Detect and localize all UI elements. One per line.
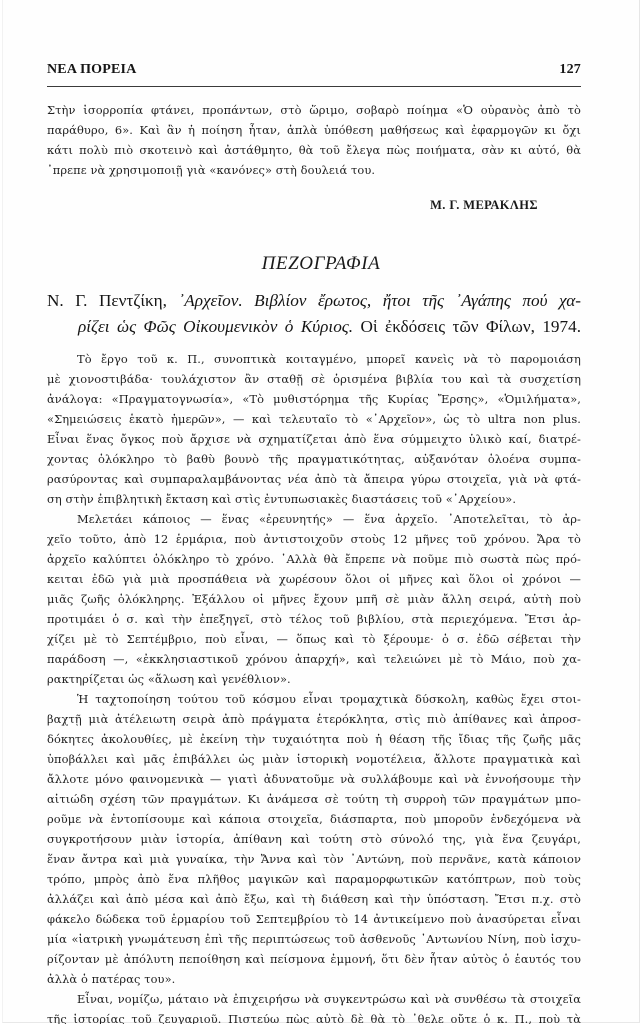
book-title-part-1: ᾿Αρχεῖον. Βιβλίον ἔρωτος, ἤτοι τῆς ᾿Αγάπ… bbox=[179, 291, 581, 310]
magazine-page: ΝΕΑ ΠΟΡΕΙΑ 127 Στὴν ἰσορροπία φτάνει, πρ… bbox=[2, 0, 640, 1023]
author-signature: Μ. Γ. ΜΕΡΑΚΛΗΣ bbox=[430, 198, 538, 213]
review-line: παράδοση —, «ἐκκλησιαστικοῦ χρόνου ἀπαρχ… bbox=[47, 652, 581, 666]
review-line: αἰτιώδη σχέση τῶν πραγμάτων. Κι ἀνάμεσα … bbox=[47, 792, 581, 806]
review-line: ἀρχεῖο καλύπτει ὁλόκληρο τὸ χρόνο. ᾿Αλλὰ… bbox=[47, 552, 581, 566]
review-line: Μελετάει κάποιος — ἕνας «ἐρευνητής» — ἕν… bbox=[77, 512, 581, 526]
review-line: χίζει μὲ τὸ Σεπτέμβριο, ποὺ εἶναι, — ὅπω… bbox=[47, 632, 581, 646]
review-line: ἄλλοτε μόνο φαινομενικὰ — γιατὶ ἀδυνατοῦ… bbox=[47, 772, 581, 786]
review-line: βαχτῇ μιὰ ἀτέλειωτη σειρὰ ἀπὸ πράγματα ἑ… bbox=[47, 712, 581, 726]
review-line: ση στὴν ἐπιβλητικὴ ἔκταση καὶ στὶς ἐντυπ… bbox=[47, 492, 581, 506]
previous-article-line: παράθυρο, 6». Καὶ ἂν ἡ ποίηση ἦταν, ἁπλὰ… bbox=[47, 123, 581, 137]
review-line: ρακτηρίζεται ὡς «ἅλωση καὶ γενέθλιον». bbox=[47, 672, 581, 686]
review-line: χοντας ὁλόκληρο τὸ βαθὺ βουνὸ τῆς πραγμα… bbox=[47, 452, 581, 466]
review-line: Τὸ ἔργο τοῦ κ. Π., συνοπτικὰ κοιταγμένο,… bbox=[77, 352, 581, 366]
review-line: τῆς ἱστορίας τοῦ ζευγαριοῦ. Πιστεύω πὼς … bbox=[47, 1012, 581, 1024]
review-line: χεῖο τοῦτο, ἀπὸ 12 ἑρμάρια, ποὺ ἀντιστοι… bbox=[47, 532, 581, 546]
review-line: ρασύροντας καὶ συμπαραλαμβάνοντας νέα ἀπ… bbox=[47, 472, 581, 486]
book-publisher: Οἱ ἐκδόσεις τῶν Φίλων, 1974. bbox=[361, 317, 581, 336]
previous-article-line: Στὴν ἰσορροπία φτάνει, προπάντων, στὸ ὥρ… bbox=[47, 103, 581, 117]
journal-title: ΝΕΑ ΠΟΡΕΙΑ bbox=[47, 62, 137, 78]
review-line: φάκελο δώδεκα τοῦ ἑρμαρίου τοῦ Σεπτεμβρί… bbox=[47, 912, 581, 926]
section-title: ΠΕΖΟΓΡΑΦΙΑ bbox=[3, 253, 639, 275]
review-line: συγκροτήσουν μιὰν ἱστορία, ἀπίθανη καὶ τ… bbox=[47, 832, 581, 846]
review-line: ἕναν ἄντρα καὶ μιὰ γυναίκα, τὴν Ἄννα καὶ… bbox=[47, 852, 581, 866]
previous-article-line: ᾿πρεπε νὰ χρησιμοποιῇ γιὰ «κανόνες» στὴ … bbox=[47, 163, 581, 177]
review-line: μία «ἰατρικὴ γνωμάτευση ἐπὶ τῆς περιπτώσ… bbox=[47, 932, 581, 946]
review-line: ἀλλὰ ὁ πατέρας του». bbox=[47, 972, 581, 986]
review-line: Ἡ ταχτοποίηση τούτου τοῦ κόσμου εἶναι τρ… bbox=[77, 692, 581, 706]
book-citation-line-2: ρίζει ὡς Φῶς Οἰκουμενικὸν ὁ Κύριος. Οἱ ἐ… bbox=[78, 317, 581, 337]
review-line: Εἶναι, νομίζω, μάταιο νὰ ἐπιχειρήσω νὰ σ… bbox=[77, 992, 581, 1006]
review-line: κειται ἐδῶ γιὰ μιὰ προσπάθεια νὰ χωρέσου… bbox=[47, 572, 581, 586]
review-line: δόκητες ἀκολουθίες, μὲ ἐκείνη τὴν τυχαιό… bbox=[47, 732, 581, 746]
book-citation-line-1: Ν. Γ. Πεντζίκη, ᾿Αρχεῖον. Βιβλίον ἔρωτος… bbox=[47, 291, 581, 311]
previous-article-line: κάτι πολὺ πιὸ σκοτεινὸ καὶ ἀστάθμητο, θὰ… bbox=[47, 143, 581, 157]
review-line: μὲ χιονοστιβάδα· τουλάχιστον ἂν σταθῇ σὲ… bbox=[47, 372, 581, 386]
book-title-part-2: ρίζει ὡς Φῶς Οἰκουμενικὸν ὁ Κύριος. bbox=[78, 317, 353, 336]
header-rule bbox=[47, 86, 581, 87]
review-line: ροῦμε νὰ ἐντοπίσουμε καὶ κάποια στοιχεῖα… bbox=[47, 812, 581, 826]
review-line: μιᾶς ζωῆς ὁλόκληρης. Ἐξάλλου οἱ μῆνες ἔχ… bbox=[47, 592, 581, 606]
review-line: ρίζονταν μὲ ἀπόλυτη πεποίθηση καὶ πείσμο… bbox=[47, 952, 581, 966]
running-head: ΝΕΑ ΠΟΡΕΙΑ 127 bbox=[47, 62, 581, 82]
page-number: 127 bbox=[559, 62, 581, 78]
book-author: Ν. Γ. Πεντζίκη, bbox=[47, 291, 167, 310]
review-line: τρόπο, μπρὸς ἀπὸ ἕνα πλῆθος μαγικῶν καὶ … bbox=[47, 872, 581, 886]
review-line: «Σημειώσεις ἑκατὸ ἡμερῶν», — καὶ τελευτα… bbox=[47, 412, 581, 426]
review-line: προτιμάει ὁ σ. καὶ τὴν ἐπεξηγεῖ, στὸ τέλ… bbox=[47, 612, 581, 626]
review-line: Εἶναι ἕνας ὄγκος ποὺ ἄρχισε νὰ σχηματίζε… bbox=[47, 432, 581, 446]
review-line: ἀλλάζει καὶ ἀπὸ μέσα καὶ ἀπὸ ἔξω, καὶ τὴ… bbox=[47, 892, 581, 906]
review-line: ὑποβάλλει καὶ μᾶς ἐπιβάλλει ὡς μιὰν ἱστο… bbox=[47, 752, 581, 766]
review-line: ἀνάλογα: «Πραγματογνωσία», «Τὸ μυθιστόρη… bbox=[47, 392, 581, 406]
